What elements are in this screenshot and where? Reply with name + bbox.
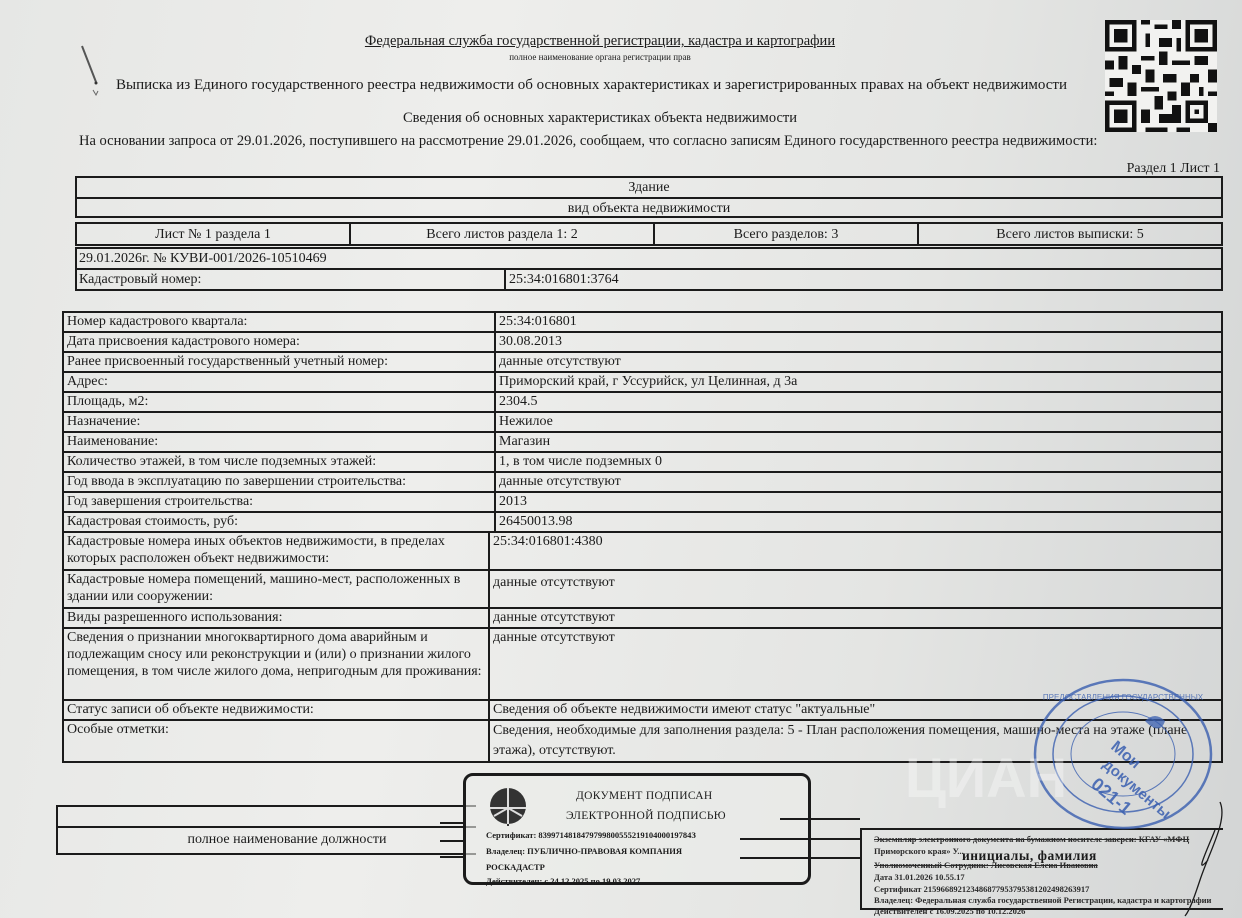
row-value: 1, в том числе подземных 0	[496, 453, 1221, 471]
row-value: 2304.5	[496, 393, 1221, 411]
extract-number: 29.01.2026г. № КУВИ-001/2026-10510469	[77, 249, 1221, 270]
row-value: Магазин	[496, 433, 1221, 451]
table-row: Адрес:Приморский край, г Уссурийск, ул Ц…	[64, 373, 1221, 393]
table-row: Назначение:Нежилое	[64, 413, 1221, 433]
row-value: данные отсутствуют	[490, 609, 1221, 627]
row-label: Адрес:	[64, 373, 496, 391]
cadastral-number-row: Кадастровый номер: 25:34:016801:3764	[77, 270, 1221, 290]
esign-owner: Владелец: ПУБЛИЧНО-ПРАВОВАЯ КОМПАНИЯ	[486, 846, 682, 856]
esign-title-2: ЭЛЕКТРОННОЙ ПОДПИСЬЮ	[566, 810, 726, 822]
copy-cert-line2: Приморского края» У...	[874, 846, 964, 856]
position-caption: полное наименование должности	[58, 828, 476, 852]
table-row: Год завершения строительства:2013	[64, 493, 1221, 513]
table-row: Кадастровые номера иных объектов недвижи…	[64, 533, 1221, 571]
row-label: Статус записи об объекте недвижимости:	[64, 701, 490, 719]
esign-valid: Действителен: с 24.12.2025 по 19.03.2027	[486, 876, 640, 886]
copy-cert-date: Дата 31.01.2026 10.55.17	[874, 872, 965, 882]
table-row: Виды разрешенного использования:данные о…	[64, 609, 1221, 629]
table-row: Год ввода в эксплуатацию по завершении с…	[64, 473, 1221, 493]
request-basis-text: На основании запроса от 29.01.2026, пост…	[79, 133, 1097, 150]
registration-box: 29.01.2026г. № КУВИ-001/2026-10510469 Ка…	[75, 247, 1223, 291]
row-value: 26450013.98	[496, 513, 1221, 531]
handwritten-signature-icon	[1180, 800, 1230, 918]
esign-certificate: Сертификат: 8399714818479799800555219104…	[486, 830, 696, 840]
copy-cert-owner: Владелец: Федеральная служба государстве…	[874, 895, 1211, 905]
sheet-info-row: Лист № 1 раздела 1 Всего листов раздела …	[75, 222, 1223, 246]
row-label: Ранее присвоенный государственный учетны…	[64, 353, 496, 371]
esign-owner-org: РОСКАДАСТР	[486, 862, 545, 872]
electronic-signature-stamp: ДОКУМЕНТ ПОДПИСАН ЭЛЕКТРОННОЙ ПОДПИСЬЮ С…	[463, 773, 811, 885]
row-value: 25:34:016801:4380	[490, 533, 1221, 569]
object-kind-box: Здание вид объекта недвижимости	[75, 176, 1223, 218]
table-row: Наименование:Магазин	[64, 433, 1221, 453]
table-row: Дата присвоения кадастрового номера:30.0…	[64, 333, 1221, 353]
row-label: Кадастровые номера иных объектов недвижи…	[64, 533, 490, 569]
table-row: Кадастровая стоимость, руб:26450013.98	[64, 513, 1221, 533]
copy-cert-employee: Уполномоченный Сотрудник: Лисовская Елен…	[874, 860, 1098, 870]
row-label: Год завершения строительства:	[64, 493, 496, 511]
staple-mark-icon	[78, 42, 108, 102]
row-label: Год ввода в эксплуатацию по завершении с…	[64, 473, 496, 491]
row-label: Особые отметки:	[64, 721, 490, 761]
row-value: данные отсутствуют	[496, 353, 1221, 371]
row-value: Нежилое	[496, 413, 1221, 431]
organization-name: Федеральная служба государственной регис…	[0, 33, 1200, 50]
row-label: Наименование:	[64, 433, 496, 451]
object-kind-value: Здание	[77, 178, 1221, 199]
table-row: Кадастровые номера помещений, машино-мес…	[64, 571, 1221, 609]
sections-total: Всего разделов: 3	[655, 224, 919, 244]
cian-watermark: ЦИАН	[905, 745, 1067, 810]
document-title: Выписка из Единого государственного реес…	[116, 77, 1067, 94]
section-sheet-label: Раздел 1 Лист 1	[1127, 161, 1220, 177]
row-label: Дата присвоения кадастрового номера:	[64, 333, 496, 351]
table-row: Площадь, м2:2304.5	[64, 393, 1221, 413]
row-label: Виды разрешенного использования:	[64, 609, 490, 627]
copy-cert-line1: Экземпляр электронного документа на бума…	[874, 834, 1189, 844]
row-label: Площадь, м2:	[64, 393, 496, 411]
row-value: данные отсутствуют	[490, 571, 1221, 607]
section-title: Сведения об основных характеристиках объ…	[0, 110, 1200, 127]
esign-title-1: ДОКУМЕНТ ПОДПИСАН	[576, 790, 713, 802]
section-sheets-total: Всего листов раздела 1: 2	[351, 224, 655, 244]
cadastral-number-value: 25:34:016801:3764	[506, 270, 619, 290]
row-label: Кадастровая стоимость, руб:	[64, 513, 496, 531]
row-value: 25:34:016801	[496, 313, 1221, 331]
cadastral-number-label: Кадастровый номер:	[77, 270, 506, 290]
signature-position-box: полное наименование должности	[56, 805, 476, 855]
row-value: Приморский край, г Уссурийск, ул Целинна…	[496, 373, 1221, 391]
watermark-text: ЦИАН	[905, 746, 1067, 809]
row-value: 30.08.2013	[496, 333, 1221, 351]
svg-text:ПРЕДОСТАВЛЕНИЯ ГОСУДАРСТВЕННЫХ: ПРЕДОСТАВЛЕНИЯ ГОСУДАРСТВЕННЫХ	[1043, 693, 1204, 702]
row-value: данные отсутствуют	[496, 473, 1221, 491]
row-label: Сведения о признании многоквартирного до…	[64, 629, 490, 699]
table-row: Количество этажей, в том числе подземных…	[64, 453, 1221, 473]
copy-cert-certificate: Сертификат 21596689212348687795379538120…	[874, 884, 1089, 894]
organization-caption: полное наименование органа регистрации п…	[0, 52, 1200, 62]
extract-sheets-total: Всего листов выписки: 5	[919, 224, 1221, 244]
qr-code-icon[interactable]	[1104, 20, 1218, 132]
row-label: Номер кадастрового квартала:	[64, 313, 496, 331]
row-label: Кадастровые номера помещений, машино-мес…	[64, 571, 490, 607]
table-row: Ранее присвоенный государственный учетны…	[64, 353, 1221, 373]
row-value: 2013	[496, 493, 1221, 511]
sheet-number: Лист № 1 раздела 1	[77, 224, 351, 244]
table-row: Номер кадастрового квартала:25:34:016801	[64, 313, 1221, 333]
row-label: Назначение:	[64, 413, 496, 431]
object-kind-caption: вид объекта недвижимости	[77, 199, 1221, 218]
copy-cert-valid: Действителен с 16.09.2025 по 10.12.2026	[874, 906, 1025, 916]
rosreestr-logo-icon	[488, 786, 528, 826]
copy-certification-box: Экземпляр электронного документа на бума…	[860, 828, 1223, 910]
row-label: Количество этажей, в том числе подземных…	[64, 453, 496, 471]
